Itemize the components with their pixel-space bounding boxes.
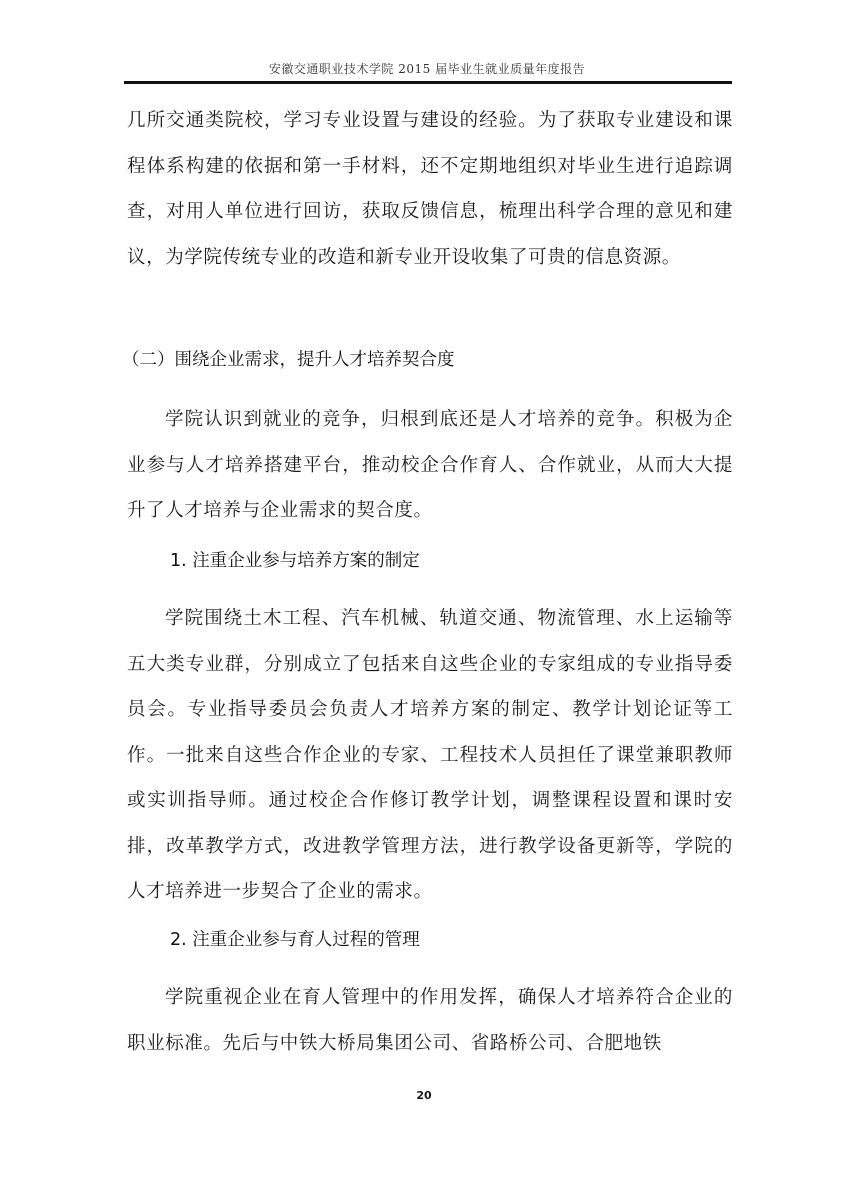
section-heading-2: （二）围绕企业需求，提升人才培养契合度 bbox=[122, 346, 455, 371]
paragraph-4: 学院重视企业在育人管理中的作用发挥，确保人才培养符合企业的职业标准。先后与中铁大… bbox=[127, 975, 733, 1066]
subheading-1: 1. 注重企业参与培养方案的制定 bbox=[170, 547, 420, 572]
paragraph-1-block: 几所交通类院校，学习专业设置与建设的经验。为了获取专业建设和课程体系构建的依据和… bbox=[127, 98, 733, 280]
running-header: 安徽交通职业技术学院 2015 届毕业生就业质量年度报告 bbox=[124, 60, 730, 77]
paragraph-1: 几所交通类院校，学习专业设置与建设的经验。为了获取专业建设和课程体系构建的依据和… bbox=[127, 98, 733, 280]
subheading-2: 2. 注重企业参与育人过程的管理 bbox=[170, 926, 420, 951]
paragraph-4-block: 学院重视企业在育人管理中的作用发挥，确保人才培养符合企业的职业标准。先后与中铁大… bbox=[127, 975, 733, 1066]
paragraph-3-block: 学院围绕土木工程、汽车机械、轨道交通、物流管理、水上运输等五大类专业群，分别成立… bbox=[127, 596, 733, 915]
paragraph-2: 学院认识到就业的竞争，归根到底还是人才培养的竞争。积极为企业参与人才培养搭建平台… bbox=[127, 397, 733, 534]
paragraph-3: 学院围绕土木工程、汽车机械、轨道交通、物流管理、水上运输等五大类专业群，分别成立… bbox=[127, 596, 733, 915]
header-rule bbox=[124, 81, 732, 84]
paragraph-2-block: 学院认识到就业的竞争，归根到底还是人才培养的竞争。积极为企业参与人才培养搭建平台… bbox=[127, 397, 733, 534]
page-number: 20 bbox=[0, 1089, 848, 1102]
